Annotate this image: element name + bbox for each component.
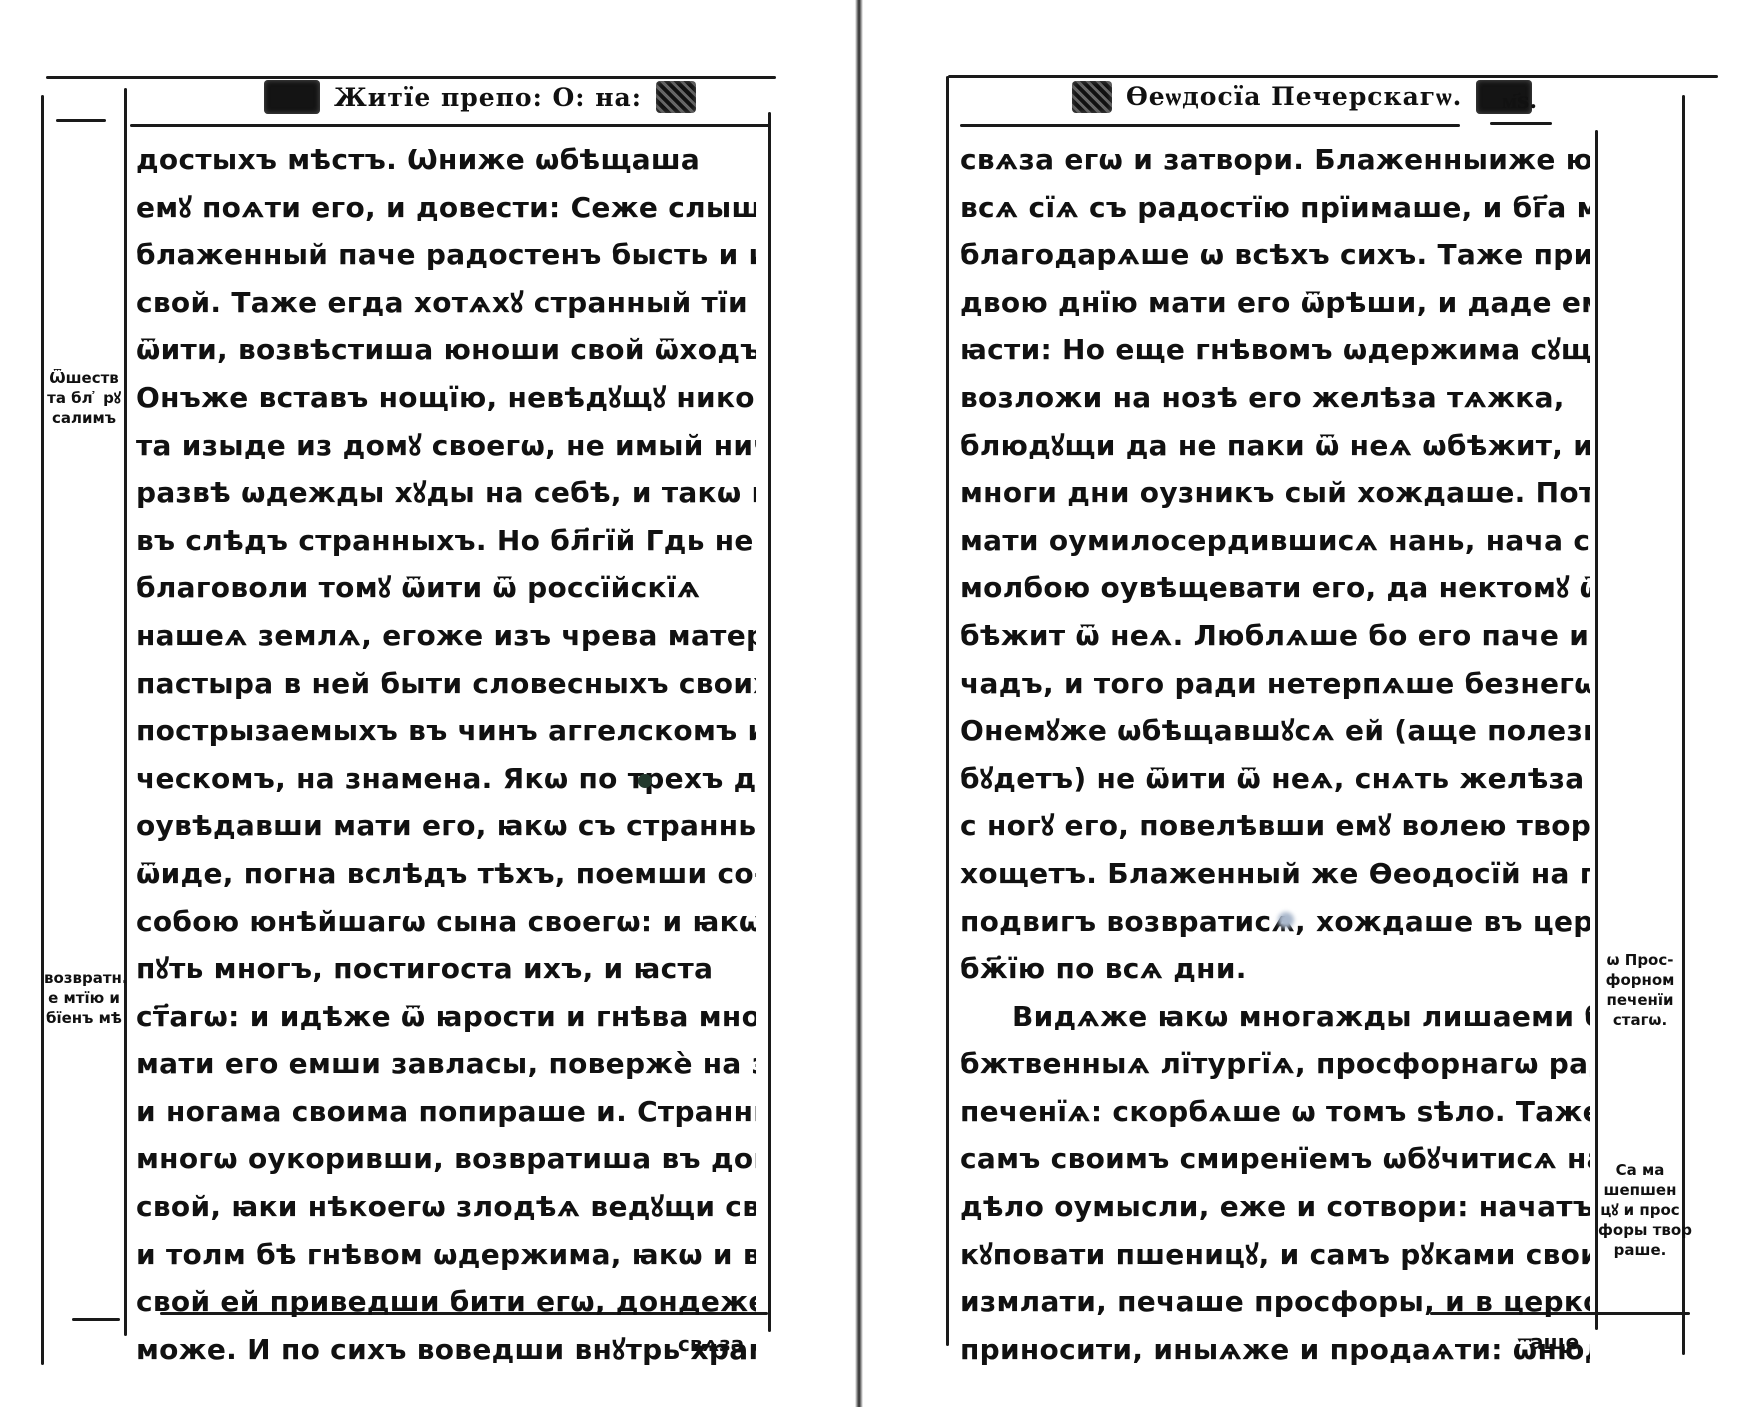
- margin-note-line: е мтїю и: [44, 988, 124, 1008]
- text-line: блаженный паче радостенъ бысть и иде в д…: [136, 231, 756, 279]
- text-line: бѣжит ѿ неѧ. Люблѧше бо его паче инѣх: [960, 612, 1590, 660]
- text-line: многѡ оукоривши, возвратиша въ домъ: [136, 1135, 756, 1183]
- text-line: самъ своимъ смиренїемъ ѡбꙋчитисѧ на то: [960, 1135, 1590, 1183]
- text-line: Онемꙋже ѡбѣщавшꙋсѧ ей (аще полезно: [960, 707, 1590, 755]
- right-outer-frame: [1682, 95, 1685, 1355]
- text-line: бж҃їю по всѧ дни.: [960, 945, 1590, 993]
- text-line: возложи на нозѣ его желѣза тѧжка,: [960, 374, 1590, 422]
- text-line: благоволи томꙋ ѿити ѿ россїйскїѧ: [136, 564, 756, 612]
- margin-note-line: бїенъ мѣ: [44, 1008, 124, 1028]
- text-line: измлати, печаше просфоры, и в церковъ: [960, 1278, 1590, 1326]
- text-line: ческомъ, на знамена. Якѡ по трехъ днехъ,: [136, 755, 756, 803]
- right-page: Ѳеѡдосїа Печерскагѡ. м҃ѕ. свѧза егѡ и за…: [860, 0, 1737, 1407]
- text-line: може. И по сихъ воведши внꙋтрь храмины,: [136, 1326, 756, 1374]
- text-line: многи дни оузникъ сый хождаше. Потомже: [960, 469, 1590, 517]
- left-margin-divider: [124, 88, 127, 1336]
- header-floral-ornament-icon: [656, 81, 696, 113]
- text-line: хощетъ. Блаженный же Ѳеодосїй на первый: [960, 850, 1590, 898]
- margin-note-line: стагѡ.: [1598, 1010, 1682, 1030]
- margin-note-line: форном: [1598, 970, 1682, 990]
- text-line: подвигъ возвратисѧ, хождаше въ церковь: [960, 898, 1590, 946]
- right-running-header: Ѳеѡдосїа Печерскагѡ.: [1072, 80, 1532, 114]
- left-margin-note-departure: Ѿшеств та бл ҆ рꙋ салимъ: [44, 368, 124, 428]
- text-line: ѿити, возвѣстиша юноши свой ѿходъ.: [136, 326, 756, 374]
- text-line-paragraph-start: Видѧже ꙗкѡ многажды лишаеми бѣ: [960, 993, 1590, 1041]
- text-line: свой. Таже егда хотѧхꙋ странный тїи: [136, 279, 756, 327]
- text-line: благодарѧше ѡ всѣхъ сихъ. Таже пришедши …: [960, 231, 1590, 279]
- left-margin-note-return: возвратн. е мтїю и бїенъ мѣ: [44, 968, 124, 1028]
- ink-blot: [638, 774, 652, 788]
- right-margin-divider: [1595, 130, 1598, 1330]
- margin-note-line: раше.: [1598, 1240, 1682, 1260]
- left-margin-tick-bottom: [72, 1318, 120, 1321]
- left-running-header: Житїе препо: О: на:: [264, 80, 696, 114]
- text-line: оувѣдавши мати его, ꙗкѡ съ странными: [136, 802, 756, 850]
- margin-note-line: та бл ҆ рꙋ: [44, 388, 124, 408]
- text-line: Онъже вставъ нощїю, невѣдꙋщꙋ никомꙋже: [136, 374, 756, 422]
- right-inner-frame: [946, 76, 949, 1346]
- text-line: дѣло оумысли, еже и сотвори: начатъ бо: [960, 1183, 1590, 1231]
- left-header-title: Житїе препо: О: на:: [334, 83, 642, 112]
- text-line: пꙋть многъ, постигоста ихъ, и ꙗста: [136, 945, 756, 993]
- text-line: свѧза егѡ и затвори. Блаженныиже юноша: [960, 136, 1590, 184]
- text-line: свой ей приведши бити егѡ, дондеже изне-: [136, 1278, 756, 1326]
- text-line: пастыра в ней быти словесныхъ своихъ ове…: [136, 660, 756, 708]
- text-line: свой, ꙗки нѣкоегѡ злодѣѧ ведꙋщи свѧзан.: [136, 1183, 756, 1231]
- text-line: ст҃агѡ: и идѣже ѿ ꙗрости и гнѣва многа,: [136, 993, 756, 1041]
- text-line: ѿиде, погна вслѣдъ тѣхъ, поемши со-: [136, 850, 756, 898]
- left-body-text: достыхъ мѣстъ. Ѡниже ѡбѣщаша емꙋ поѧти е…: [136, 136, 756, 1373]
- right-margin-note-prosphora: ѡ Прос- форном печенїи стагѡ.: [1598, 950, 1682, 1030]
- left-page: Житїе препо: О: на: достыхъ мѣстъ. Ѡниже…: [0, 0, 860, 1407]
- text-line: пострызаемыхъ въ чинъ аггелскомъ и нѡ-: [136, 707, 756, 755]
- text-line: кꙋповати пшеницꙋ, и самъ рꙋками своима: [960, 1231, 1590, 1279]
- margin-note-line: салимъ: [44, 408, 124, 428]
- right-body-text: свѧза егѡ и затвори. Блаженныиже юноша в…: [960, 136, 1590, 1373]
- text-line: двою днїю мати его ѿрѣши, и даде емꙋ: [960, 279, 1590, 327]
- folio-number: м҃ѕ.: [1502, 88, 1537, 114]
- text-line: емꙋ поѧти его, и довести: Сеже слышавъ: [136, 184, 756, 232]
- right-header-rule: [960, 124, 1460, 127]
- left-margin-tick-top: [56, 119, 106, 122]
- right-folio-rule: [1490, 122, 1552, 125]
- text-line: въ слѣдъ странныхъ. Но бл҃гїй Гдь не: [136, 517, 756, 565]
- left-header-rule: [130, 124, 770, 127]
- text-line: та изыде из домꙋ своегѡ, не имый ничтоже: [136, 422, 756, 470]
- text-line: и ногама своима попираше и. Странныиже: [136, 1088, 756, 1136]
- right-top-rule: [948, 75, 1718, 78]
- header-ornament-icon: [264, 80, 320, 114]
- left-outer-frame: [41, 95, 44, 1365]
- text-line: бжтвенныѧ лїтургїѧ, просфорнагѡ ради не-: [960, 1040, 1590, 1088]
- header-floral-ornament-icon: [1072, 81, 1112, 113]
- margin-note-line: возвратн.: [44, 968, 124, 988]
- ink-blot: [1278, 912, 1294, 928]
- text-line: мати его емши завласы, повержѐ на землю: [136, 1040, 756, 1088]
- margin-note-line: Са ма: [1598, 1160, 1682, 1180]
- text-line: нашеѧ землѧ, егоже изъ чрева матернѧ,: [136, 612, 756, 660]
- text-line: ꙗсти: Но еще гнѣвомъ ѡдержима сꙋщи,: [960, 326, 1590, 374]
- right-header-title: Ѳеѡдосїа Печерскагѡ.: [1126, 82, 1462, 112]
- margin-note-line: форы твор: [1598, 1220, 1682, 1240]
- margin-note-line: ѡ Прос-: [1598, 950, 1682, 970]
- margin-note-line: цꙋ и прос: [1598, 1200, 1682, 1220]
- right-catchword: аще: [1530, 1330, 1579, 1354]
- text-line: мати оумилосердившисѧ нань, нача съ: [960, 517, 1590, 565]
- margin-note-line: печенїи: [1598, 990, 1682, 1010]
- left-catchword: свѧза: [678, 1332, 744, 1356]
- text-line: собою юнѣйшагѡ сына своегѡ: и ꙗкѡ гнаст: [136, 898, 756, 946]
- text-line: всѧ сїѧ съ радостїю прїимаше, и бг҃а мол…: [960, 184, 1590, 232]
- right-margin-note-wheat: Са ма шепшен цꙋ и прос форы твор раше.: [1598, 1160, 1682, 1260]
- text-line: чадъ, и того ради нетерпѧше безнегѡ.: [960, 660, 1590, 708]
- text-line: с ногꙋ его, повелѣвши емꙋ волею творити …: [960, 802, 1590, 850]
- text-line: и толм бѣ гнѣвом ѡдержима, ꙗкѡ и в домъ: [136, 1231, 756, 1279]
- margin-note-line: шепшен: [1598, 1180, 1682, 1200]
- text-line: достыхъ мѣстъ. Ѡниже ѡбѣщаша: [136, 136, 756, 184]
- text-line: молбою оувѣщевати его, да нектомꙋ ѿ-: [960, 564, 1590, 612]
- text-line: бꙋдетъ) не ѿити ѿ неѧ, снѧть желѣза: [960, 755, 1590, 803]
- text-line: приносити, иныѧже и продаѧти: ѿнюдꙋже: [960, 1326, 1590, 1374]
- left-inner-frame: [768, 112, 771, 1332]
- left-top-rule: [46, 76, 776, 79]
- text-line: печенїѧ: скорбѧше ѡ томъ ѕѣло. Таже: [960, 1088, 1590, 1136]
- text-line: блюдꙋщи да не паки ѿ неѧ ѡбѣжит, и тако: [960, 422, 1590, 470]
- margin-note-line: Ѿшеств: [44, 368, 124, 388]
- text-line: развѣ ѡдежды хꙋды на себѣ, и такѡ иде: [136, 469, 756, 517]
